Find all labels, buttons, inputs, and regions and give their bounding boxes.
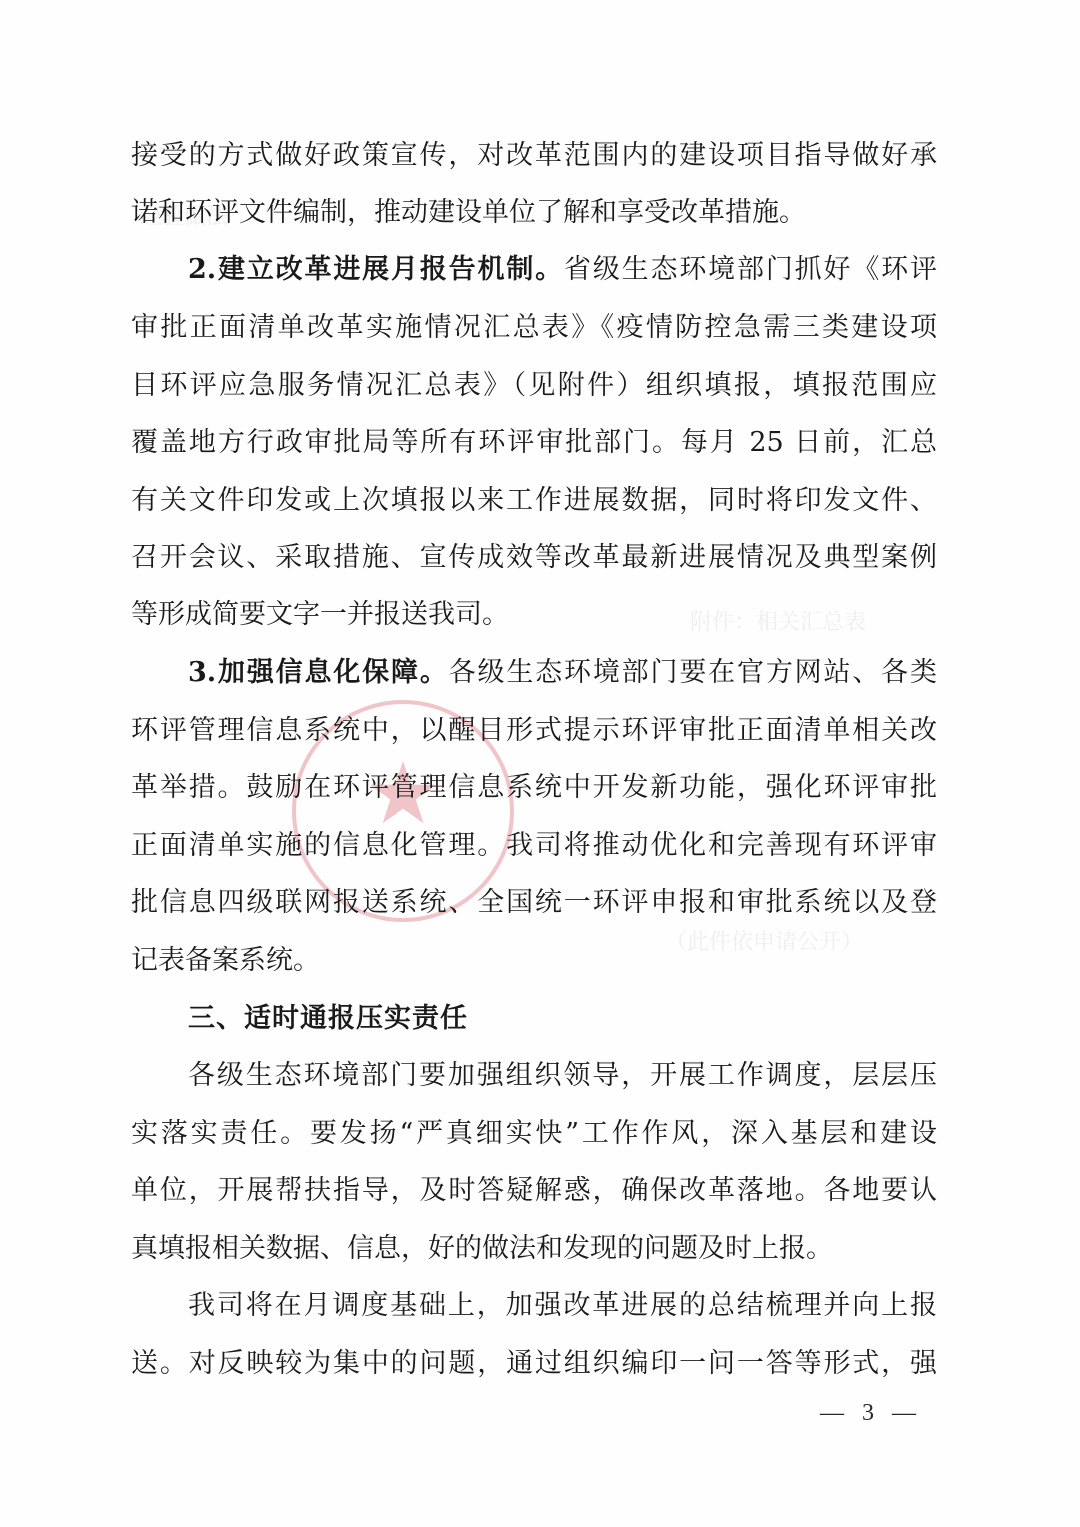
page-number: — 3 — <box>820 1400 922 1427</box>
text-line: 审批正面清单改革实施情况汇总表》《疫情防控急需三类建设项 <box>131 310 937 346</box>
text-line: 正面清单实施的信息化管理。我司将推动优化和完善现有环评审 <box>131 828 937 864</box>
text-line: 覆盖地方行政审批局等所有环评审批部门。每月 25 日前，汇总 <box>131 425 937 461</box>
text-line: 单位，开展帮扶指导，及时答疑解惑，确保改革落地。各地要认 <box>131 1173 937 1209</box>
text-line: 3.加强信息化保障。各级生态环境部门要在官方网站、各类 <box>188 655 937 691</box>
text-segment: 省级生态环境部门抓好《环评 <box>564 254 937 285</box>
text-line: 送。对反映较为集中的问题，通过组织编印一问一答等形式，强 <box>131 1346 937 1382</box>
text-line: 接受的方式做好政策宣传，对改革范围内的建设项目指导做好承 <box>131 138 937 174</box>
text-line: 我司将在月调度基础上，加强改革进展的总结梳理并向上报 <box>188 1288 937 1324</box>
text-line: 等形成简要文字一并报送我司。 <box>131 597 937 633</box>
text-line: 目环评应急服务情况汇总表》（见附件）组织填报，填报范围应 <box>131 368 937 404</box>
text-segment: 各级生态环境部门要在官方网站、各类 <box>449 657 937 688</box>
text-line: 有关文件印发或上次填报以来工作进展数据，同时将印发文件、 <box>131 483 937 519</box>
text-line: 真填报相关数据、信息，好的做法和发现的问题及时上报。 <box>131 1231 937 1267</box>
text-line: 批信息四级联网报送系统、全国统一环评申报和审批系统以及登 <box>131 885 937 921</box>
text-line: 记表备案系统。 <box>131 943 937 979</box>
text-line: 2.建立改革进展月报告机制。省级生态环境部门抓好《环评 <box>188 252 937 288</box>
text-line: 各级生态环境部门要加强组织领导，开展工作调度，层层压 <box>188 1058 937 1094</box>
text-line: 诺和环评文件编制，推动建设单位了解和享受改革措施。 <box>131 195 937 231</box>
text-line: 实落实责任。要发扬“严真细实快”工作作风，深入基层和建设 <box>131 1116 937 1152</box>
section-heading: 三、适时通报压实责任 <box>188 1001 937 1037</box>
text-line: 召开会议、采取措施、宣传成效等改革最新进展情况及典型案例 <box>131 540 937 576</box>
text-line: 革举措。鼓励在环评管理信息系统中开发新功能，强化环评审批 <box>131 770 937 806</box>
item-lead-3: 3.加强信息化保障。 <box>188 657 449 688</box>
text-line: 环评管理信息系统中，以醒目形式提示环评审批正面清单相关改 <box>131 713 937 749</box>
document-page: 经验做法 附件：相关汇总表 （此件依申请公开） ★ 接受的方式做好政策宣传，对改… <box>0 0 1080 1527</box>
item-lead-2: 2.建立改革进展月报告机制。 <box>188 254 564 285</box>
